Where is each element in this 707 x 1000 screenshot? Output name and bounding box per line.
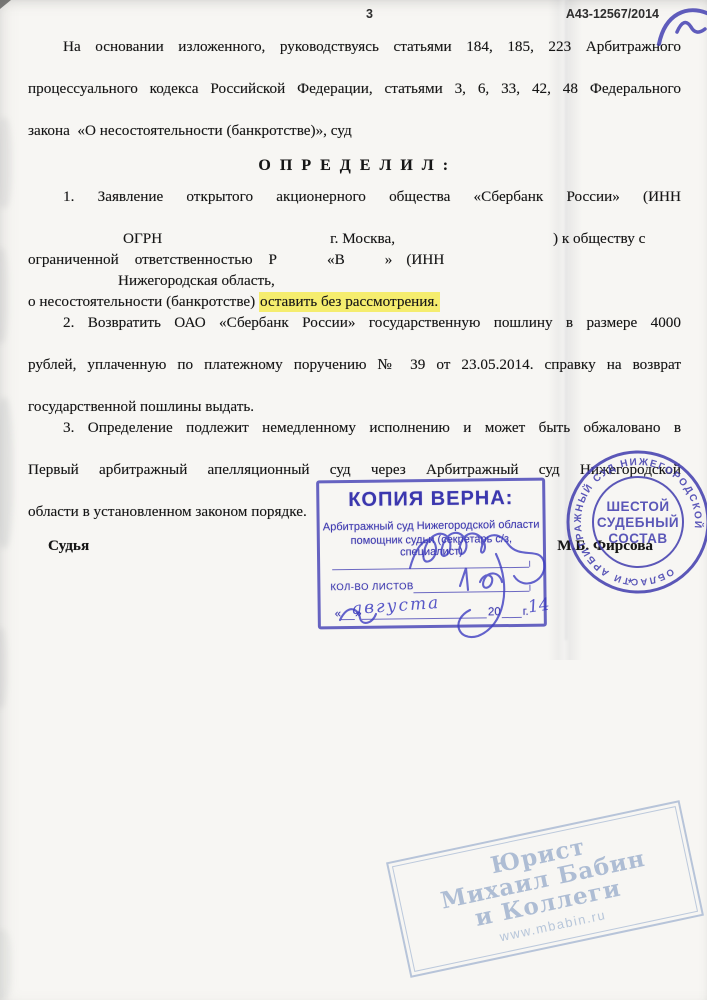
copy-stamp-title: КОПИЯ ВЕРНА: <box>319 487 542 513</box>
paragraph: На основании изложенного, руководствуясь… <box>28 36 681 141</box>
redacted-gap <box>253 263 269 264</box>
text-line: Нижегородская область, <box>28 270 681 291</box>
watermark: Юрист Михаил Бабин и Коллеги www.mbabin.… <box>386 800 704 978</box>
text-segment: (ИНН <box>406 251 444 268</box>
copy-stamp-position: помощник судьи (секретарь с/з, специалис… <box>320 533 543 560</box>
text-segment: процессуального кодекса Российской Федер… <box>28 80 681 97</box>
text-segment: государственной пошлины выдать. <box>28 398 254 415</box>
text-line: На основании изложенного, руководствуясь… <box>28 36 681 78</box>
highlighted-text: оставить без рассмотрения. <box>259 292 440 312</box>
round-stamp-ring-bottom-text: ОБЛАСТИ <box>611 566 676 587</box>
text-line: 2. Возвратить ОАО «Сбербанк России» госу… <box>28 312 681 354</box>
redacted-gap <box>392 263 406 264</box>
copy-stamp-court-name: Арбитражный суд Нижегородской области <box>320 519 543 534</box>
text-line: процессуального кодекса Российской Федер… <box>28 78 681 120</box>
text-segment: ) к обществу с <box>553 230 645 247</box>
round-stamp-line3: СОСТАВ <box>608 531 667 546</box>
text-line: 1. Заявление открытого акционерного обще… <box>28 186 681 228</box>
text-line: рублей, уплаченную по платежному поручен… <box>28 354 681 396</box>
watermark-line2: Михаил Бабин <box>439 847 648 914</box>
scan-smudge <box>0 930 12 1000</box>
sheets-count-line <box>414 580 530 593</box>
text-segment: ответственностью <box>135 251 253 268</box>
text-segment: Нижегородская область, <box>118 272 275 289</box>
corner-ink-squiggle <box>677 23 705 33</box>
redacted-gap <box>395 242 553 243</box>
page-number: 3 <box>366 7 373 21</box>
text-segment: Р <box>269 251 277 268</box>
text-segment: 1. Заявление открытого акционерного обще… <box>63 188 681 205</box>
text-segment: о несостоятельности (банкротстве) <box>28 293 259 310</box>
scan-smudge <box>0 398 13 548</box>
paragraph: 2. Возвратить ОАО «Сбербанк России» госу… <box>28 312 681 417</box>
redacted-gap <box>28 242 123 243</box>
case-number: А43-12567/2014 <box>566 7 659 21</box>
redacted-gap <box>277 263 327 264</box>
watermark-line3: и Коллеги <box>473 876 623 930</box>
text-segment: 3. Определение подлежит немедленному исп… <box>63 419 681 436</box>
handwritten-year: 14 <box>527 595 551 618</box>
text-line: закона «О несостоятельности (банкротстве… <box>28 120 681 141</box>
round-stamp-star: * <box>628 576 633 590</box>
text-line: о несостоятельности (банкротстве) остави… <box>28 291 681 312</box>
text-segment: 2. Возвратить ОАО «Сбербанк России» госу… <box>63 314 681 331</box>
text-line: ограниченнойответственностьюР«В»(ИНН <box>28 249 681 270</box>
paragraph: 1. Заявление открытого акционерного обще… <box>28 186 681 312</box>
text-segment: рублей, уплаченную по платежному поручен… <box>28 356 681 373</box>
ruling-heading: О П Р Е Д Е Л И Л : <box>28 155 681 176</box>
text-segment: закона «О несостоятельности (банкротстве… <box>28 122 352 139</box>
redacted-gap <box>162 242 330 243</box>
redacted-gap <box>345 263 385 264</box>
corner-ink-arc <box>659 10 707 44</box>
scan-smudge <box>0 248 8 343</box>
round-stamp-line2: СУДЕБНЫЙ <box>597 515 679 530</box>
scan-smudge <box>0 118 12 208</box>
watermark-url: www.mbabin.ru <box>498 907 607 944</box>
text-segment: области в установленном законом порядке. <box>28 503 307 520</box>
scan-smudge <box>0 628 7 708</box>
scanned-court-document-page: 3 А43-12567/2014 На основании изложенног… <box>0 0 707 1000</box>
text-segment: г. Москва, <box>330 230 395 247</box>
judge-label: Судья <box>48 535 89 556</box>
watermark-line1: Юрист <box>489 835 588 878</box>
text-segment: » <box>385 251 393 268</box>
date-year-line <box>502 605 522 618</box>
round-stamp-line1: ШЕСТОЙ <box>606 499 669 514</box>
round-stamp: АРБИТРАЖНЫЙ СУД НИЖЕГОРОДСКОЙ ОБЛАСТИ * … <box>558 442 707 602</box>
text-line: ОГРНг. Москва,) к обществу с <box>28 228 681 249</box>
text-line: государственной пошлины выдать. <box>28 396 681 417</box>
text-segment: На основании изложенного, руководствуясь… <box>63 38 681 55</box>
sheets-count-label: кол-во листов <box>330 581 414 594</box>
redacted-gap <box>119 263 135 264</box>
sheets-count-row: кол-во листов <box>330 580 529 594</box>
date-year-prefix: 20 <box>487 606 502 618</box>
watermark-inner-frame: Юрист Михаил Бабин и Коллеги www.mbabin.… <box>392 806 698 972</box>
signature-line <box>332 567 529 570</box>
text-segment: ограниченной <box>28 251 119 268</box>
text-segment: «В <box>327 251 345 268</box>
text-segment: ОГРН <box>123 230 162 247</box>
corner-ink-mark <box>655 2 707 50</box>
redacted-gap <box>28 284 118 285</box>
scan-corner-mark <box>0 0 11 9</box>
